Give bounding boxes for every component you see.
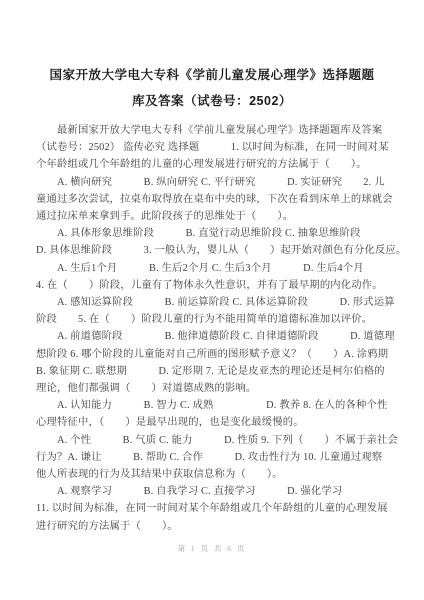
text-line: 4. 在（ ）阶段，儿童有了物体永久性意识，并有了最早期的内化动作。 bbox=[36, 277, 392, 294]
text-line: 进行研究的方法属于（ ）。 bbox=[36, 518, 392, 535]
text-line: A. 横向研究 B. 纵向研究 C. 平行研究 D. 实证研究 2. 儿 bbox=[36, 174, 392, 191]
text-line: 通过拉床单来拿到手。此阶段孩子的思维处于（ ）。 bbox=[36, 208, 392, 225]
text-line: 心理特征中，（ ）是最早出现的，也是变化最缓慢的。 bbox=[36, 414, 392, 431]
document-title-line1: 国家开放大学电大专科《学前儿童发展心理学》选择题题 bbox=[42, 62, 382, 88]
text-line: 想阶段 6. 哪个阶段的儿童能对自己所画的图形赋予意义？（ ）A. 涂鸦期 bbox=[36, 346, 392, 363]
text-line: A. 具体形象思维阶段 B. 直觉行动思维阶段 C. 抽象思维阶段 bbox=[36, 225, 392, 242]
text-line: （试卷号：2502） 盗传必究 选择题 1. 以时间为标准，在同一时间对某 bbox=[36, 139, 392, 156]
text-line: B. 象征期 C. 联想期 D. 定形期 7. 无论是皮亚杰的理论还是柯尔伯格的 bbox=[36, 363, 392, 380]
page-number: 第 1 页 共 6 页 bbox=[0, 544, 424, 554]
text-line: 他人所表现的行为及其结果中获取信息称为（ ）。 bbox=[36, 466, 392, 483]
text-line: A. 认知能力 B. 智力 C. 成熟 D. 教养 8. 在人的各种个性 bbox=[36, 397, 392, 414]
text-line: 阶段 5. 在（ ）阶段儿童的行为不能用简单的道德标准加以评价。 bbox=[36, 311, 392, 328]
text-line: A. 感知运算阶段 B. 前运算阶段 C. 具体运算阶段 D. 形式运算 bbox=[36, 294, 392, 311]
text-line: 11. 以时间为标准，在同一时间对某个年龄组或几个年龄组的儿童的心理发展 bbox=[36, 500, 392, 517]
text-line: 童通过多次尝试，拉桌布取得放在桌布中央的球，下次在看到床单上的球就会 bbox=[36, 191, 392, 208]
document-body: 最新国家开放大学电大专科《学前儿童发展心理学》选择题题库及答案 （试卷号：250… bbox=[36, 122, 392, 535]
text-line: A. 前道德阶段 B. 他律道德阶段 C. 自律道德阶段 D. 道德理 bbox=[36, 328, 392, 345]
text-line: A. 生后1个月 B. 生后2个月 C. 生后3个月 D. 生后4个月 bbox=[36, 260, 392, 277]
document-title-line2: 库及答案（试卷号：2502） bbox=[42, 88, 382, 114]
text-line: 个年龄组或几个年龄组的儿童的心理发展进行研究的方法属于（ ）。 bbox=[36, 156, 392, 173]
text-line: 行为？A. 谦让 B. 帮助 C. 合作 D. 攻击性行为 10. 儿童通过观察 bbox=[36, 449, 392, 466]
text-line: 理论，他们都强调（ ）对道德成熟的影响。 bbox=[36, 380, 392, 397]
text-line: A. 个性 B. 气质 C. 能力 D. 性质 9. 下列（ ）不属于亲社会 bbox=[36, 432, 392, 449]
document-title: 国家开放大学电大专科《学前儿童发展心理学》选择题题 库及答案（试卷号：2502） bbox=[42, 62, 382, 114]
text-line: 最新国家开放大学电大专科《学前儿童发展心理学》选择题题库及答案 bbox=[36, 122, 392, 139]
text-line: D. 具体思维阶段 3. 一般认为，婴儿从（ ）起开始对颜色有分化反应。 bbox=[36, 242, 392, 259]
text-line: A. 观察学习 B. 自我学习 C. 直接学习 D. 强化学习 bbox=[36, 483, 392, 500]
document-page: 国家开放大学电大专科《学前儿童发展心理学》选择题题 库及答案（试卷号：2502）… bbox=[0, 0, 424, 600]
